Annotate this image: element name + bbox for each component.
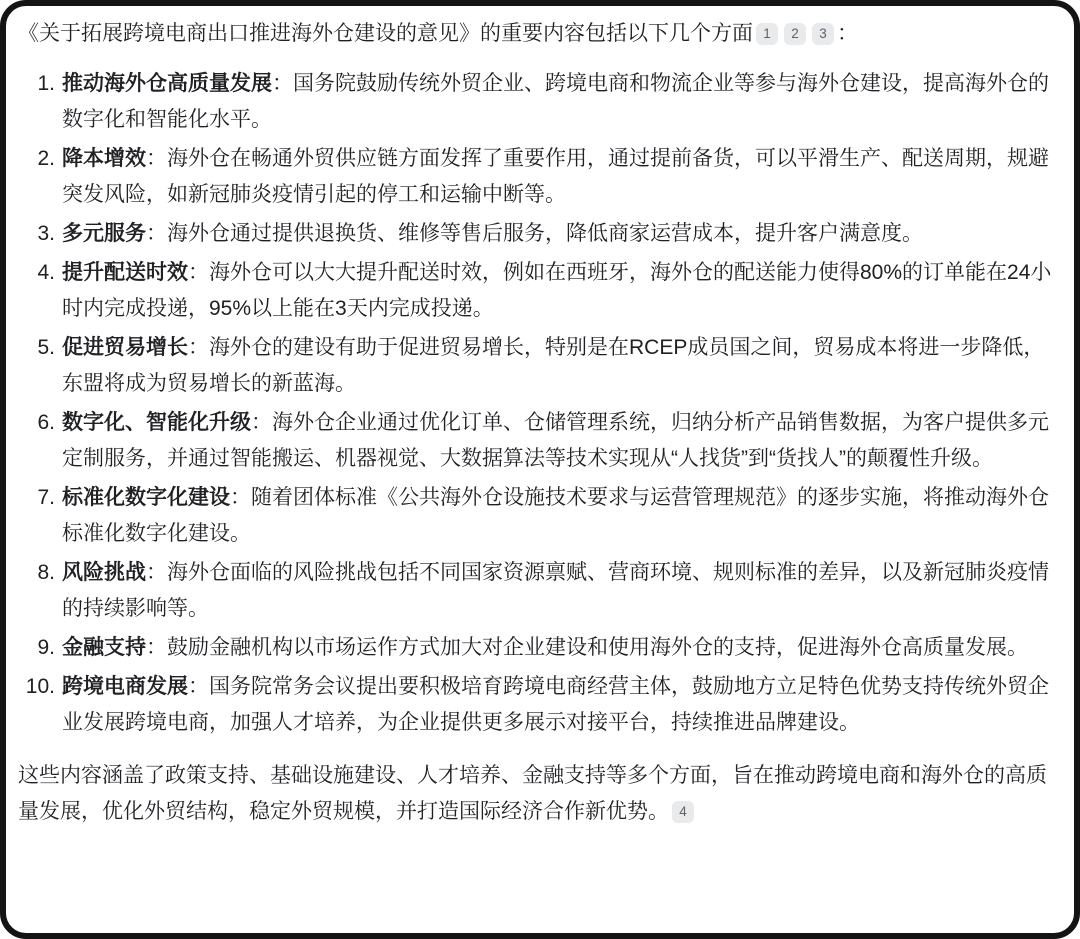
item-separator: ：: [146, 147, 167, 170]
item-separator: ：: [188, 675, 209, 698]
list-item: 7. 标准化数字化建设：随着团体标准《公共海外仓设施技术要求与运营管理规范》的逐…: [18, 480, 1062, 552]
item-text: 海外仓面临的风险挑战包括不同国家资源禀赋、营商环境、规则标准的差异，以及新冠肺炎…: [62, 561, 1049, 620]
item-number: 10.: [18, 669, 62, 705]
item-label: 提升配送时效: [62, 261, 188, 284]
intro-colon: ：: [837, 22, 858, 45]
list-item: 5. 促进贸易增长：海外仓的建设有助于促进贸易增长，特别是在RCEP成员国之间，…: [18, 330, 1062, 402]
item-body: 风险挑战：海外仓面临的风险挑战包括不同国家资源禀赋、营商环境、规则标准的差异，以…: [62, 555, 1062, 627]
item-number: 1.: [18, 66, 62, 102]
list-item: 9. 金融支持：鼓励金融机构以市场运作方式加大对企业建设和使用海外仓的支持，促进…: [18, 630, 1062, 666]
item-number: 9.: [18, 630, 62, 666]
item-label: 多元服务: [62, 222, 146, 245]
item-body: 降本增效：海外仓在畅通外贸供应链方面发挥了重要作用，通过提前备货，可以平滑生产、…: [62, 141, 1062, 213]
item-text: 海外仓的建设有助于促进贸易增长，特别是在RCEP成员国之间，贸易成本将进一步降低…: [62, 336, 1044, 395]
item-number: 6.: [18, 405, 62, 441]
list-item: 1. 推动海外仓高质量发展：国务院鼓励传统外贸企业、跨境电商和物流企业等参与海外…: [18, 66, 1062, 138]
item-separator: ：: [146, 561, 167, 584]
item-body: 提升配送时效：海外仓可以大大提升配送时效，例如在西班牙，海外仓的配送能力使得80…: [62, 255, 1062, 327]
item-separator: ：: [230, 486, 251, 509]
list-item: 10. 跨境电商发展：国务院常务会议提出要积极培育跨境电商经营主体，鼓励地方立足…: [18, 669, 1062, 741]
list-item: 3. 多元服务：海外仓通过提供退换货、维修等售后服务，降低商家运营成本，提升客户…: [18, 216, 1062, 252]
item-label: 数字化、智能化升级: [62, 411, 251, 434]
answer-content: 《关于拓展跨境电商出口推进海外仓建设的意见》的重要内容包括以下几个方面123： …: [18, 16, 1062, 830]
item-body: 金融支持：鼓励金融机构以市场运作方式加大对企业建设和使用海外仓的支持，促进海外仓…: [62, 630, 1062, 666]
item-number: 4.: [18, 255, 62, 291]
item-separator: ：: [188, 336, 209, 359]
item-body: 数字化、智能化升级：海外仓企业通过优化订单、仓储管理系统，归纳分析产品销售数据，…: [62, 405, 1062, 477]
citation-badges: 123: [753, 22, 837, 45]
item-body: 跨境电商发展：国务院常务会议提出要积极培育跨境电商经营主体，鼓励地方立足特色优势…: [62, 669, 1062, 741]
item-label: 标准化数字化建设: [62, 486, 230, 509]
item-body: 多元服务：海外仓通过提供退换货、维修等售后服务，降低商家运营成本，提升客户满意度…: [62, 216, 1062, 252]
citation-badge[interactable]: 1: [756, 23, 778, 45]
item-body: 标准化数字化建设：随着团体标准《公共海外仓设施技术要求与运营管理规范》的逐步实施…: [62, 480, 1062, 552]
item-text: 国务院常务会议提出要积极培育跨境电商经营主体，鼓励地方立足特色优势支持传统外贸企…: [62, 675, 1049, 734]
item-separator: ：: [272, 72, 293, 95]
item-text: 海外仓可以大大提升配送时效，例如在西班牙，海外仓的配送能力使得80%的订单能在2…: [62, 261, 1051, 320]
key-points-list: 1. 推动海外仓高质量发展：国务院鼓励传统外贸企业、跨境电商和物流企业等参与海外…: [18, 66, 1062, 741]
item-number: 2.: [18, 141, 62, 177]
summary-text: 这些内容涵盖了政策支持、基础设施建设、人才培养、金融支持等多个方面，旨在推动跨境…: [18, 764, 1047, 823]
item-separator: ：: [188, 261, 209, 284]
item-number: 3.: [18, 216, 62, 252]
citation-badge[interactable]: 2: [784, 23, 806, 45]
intro-text: 《关于拓展跨境电商出口推进海外仓建设的意见》的重要内容包括以下几个方面: [18, 22, 753, 45]
item-number: 5.: [18, 330, 62, 366]
item-number: 8.: [18, 555, 62, 591]
summary-paragraph: 这些内容涵盖了政策支持、基础设施建设、人才培养、金融支持等多个方面，旨在推动跨境…: [18, 758, 1062, 830]
item-text: 海外仓通过提供退换货、维修等售后服务，降低商家运营成本，提升客户满意度。: [167, 222, 923, 245]
intro-line: 《关于拓展跨境电商出口推进海外仓建设的意见》的重要内容包括以下几个方面123：: [18, 16, 1062, 52]
citation-badge[interactable]: 4: [672, 801, 694, 823]
item-separator: ：: [251, 411, 272, 434]
item-label: 跨境电商发展: [62, 675, 188, 698]
citation-badge[interactable]: 3: [812, 23, 834, 45]
list-item: 2. 降本增效：海外仓在畅通外贸供应链方面发挥了重要作用，通过提前备货，可以平滑…: [18, 141, 1062, 213]
item-label: 推动海外仓高质量发展: [62, 72, 272, 95]
item-separator: ：: [146, 222, 167, 245]
item-number: 7.: [18, 480, 62, 516]
list-item: 8. 风险挑战：海外仓面临的风险挑战包括不同国家资源禀赋、营商环境、规则标准的差…: [18, 555, 1062, 627]
screenshot-frame: 《关于拓展跨境电商出口推进海外仓建设的意见》的重要内容包括以下几个方面123： …: [0, 0, 1080, 939]
list-item: 4. 提升配送时效：海外仓可以大大提升配送时效，例如在西班牙，海外仓的配送能力使…: [18, 255, 1062, 327]
item-body: 促进贸易增长：海外仓的建设有助于促进贸易增长，特别是在RCEP成员国之间，贸易成…: [62, 330, 1062, 402]
list-item: 6. 数字化、智能化升级：海外仓企业通过优化订单、仓储管理系统，归纳分析产品销售…: [18, 405, 1062, 477]
item-body: 推动海外仓高质量发展：国务院鼓励传统外贸企业、跨境电商和物流企业等参与海外仓建设…: [62, 66, 1062, 138]
item-label: 风险挑战: [62, 561, 146, 584]
item-separator: ：: [146, 636, 167, 659]
item-label: 促进贸易增长: [62, 336, 188, 359]
item-label: 降本增效: [62, 147, 146, 170]
item-label: 金融支持: [62, 636, 146, 659]
item-text: 海外仓在畅通外贸供应链方面发挥了重要作用，通过提前备货，可以平滑生产、配送周期，…: [62, 147, 1049, 206]
item-text: 鼓励金融机构以市场运作方式加大对企业建设和使用海外仓的支持，促进海外仓高质量发展…: [167, 636, 1028, 659]
